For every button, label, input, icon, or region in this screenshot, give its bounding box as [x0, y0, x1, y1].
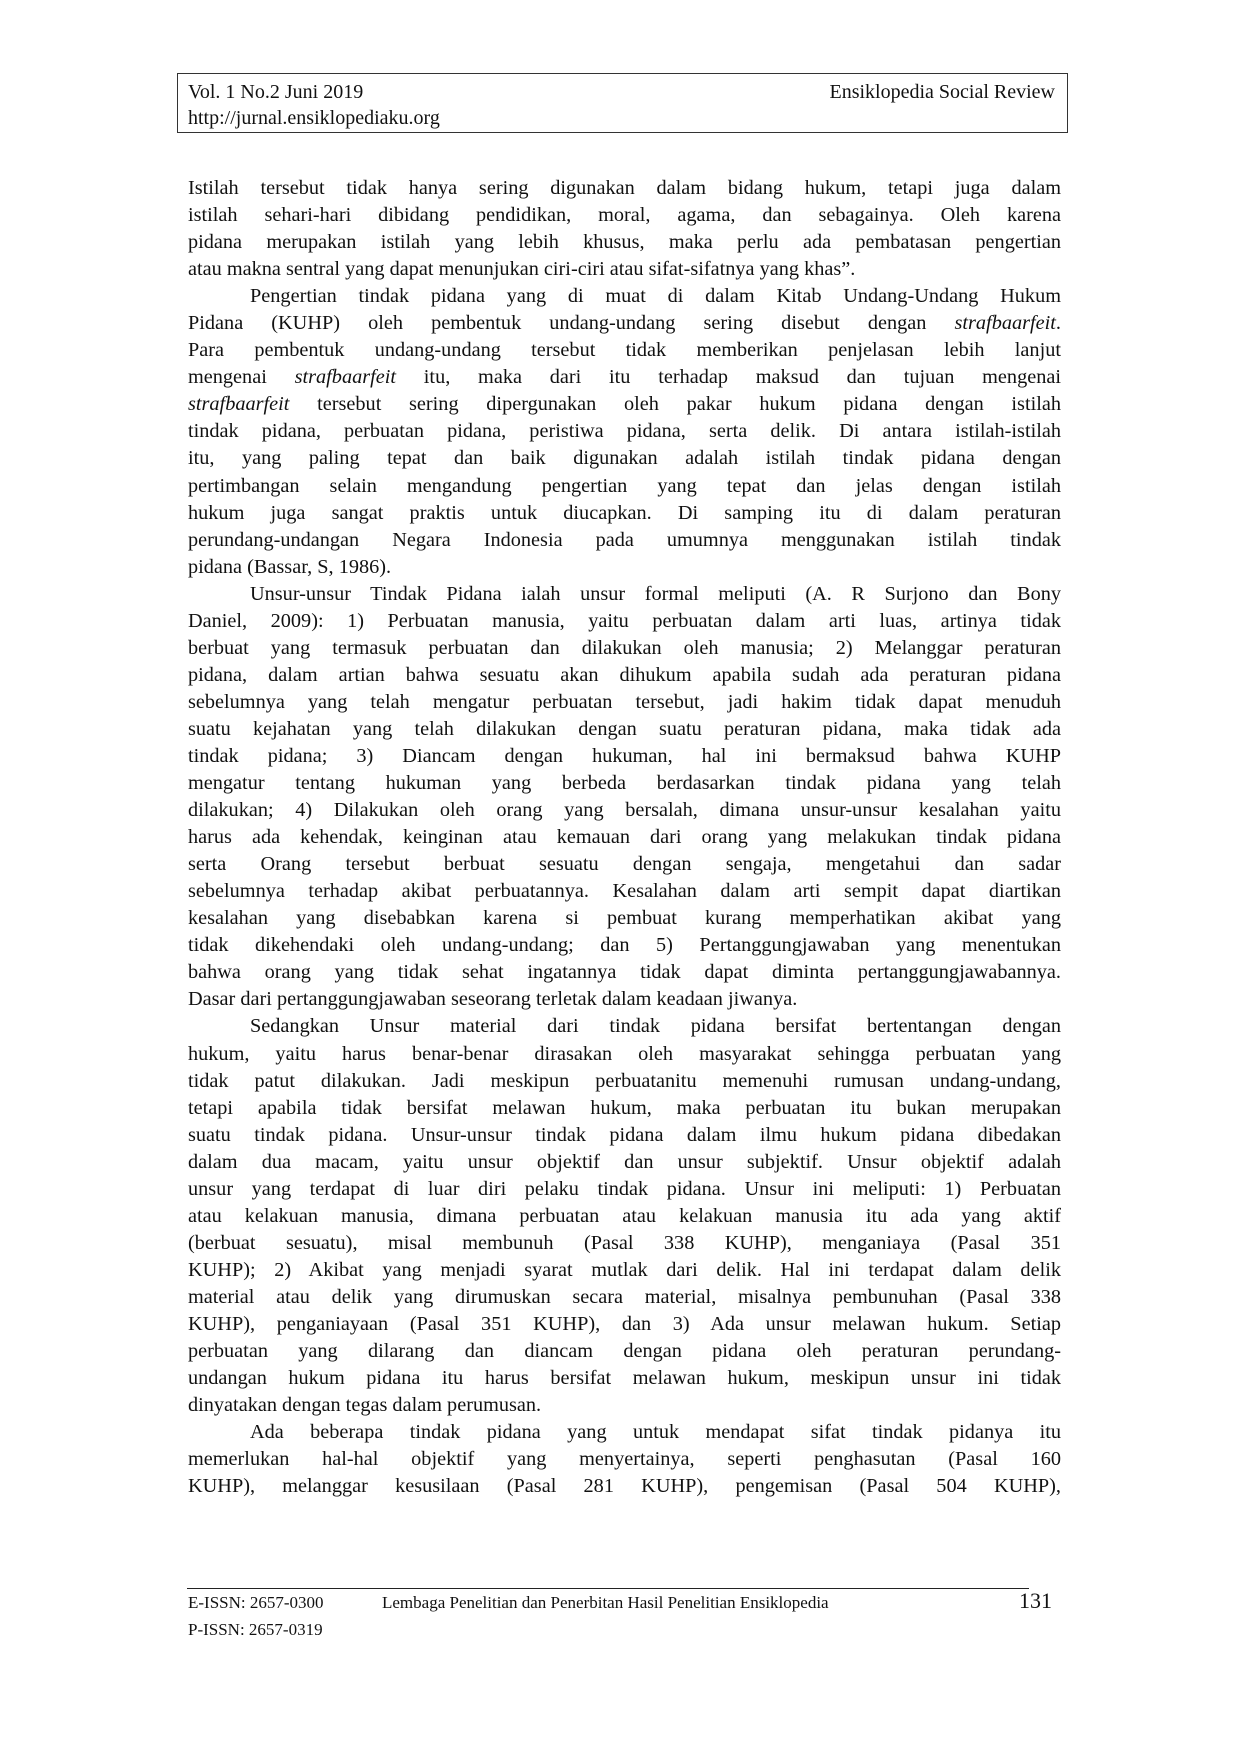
- line-text: hukum, yaitu harus benar-benar dirasakan…: [188, 1043, 1061, 1065]
- line-text: kesalahan yang disebabkan karena si pemb…: [188, 907, 1061, 929]
- text-line: dilakukan; 4) Dilakukan oleh orang yang …: [188, 797, 1061, 824]
- text-line: unsur yang terdapat di luar diri pelaku …: [188, 1176, 1061, 1203]
- line-text: KUHP); 2) Akibat yang menjadi syarat mut…: [188, 1259, 1061, 1281]
- text-line: hukum juga sangat praktis untuk diucapka…: [188, 500, 1061, 527]
- line-text: Para pembentuk undang-undang tersebut ti…: [188, 339, 1061, 361]
- line-text: perundang-undangan Negara Indonesia pada…: [188, 529, 1061, 551]
- line-text: serta Orang tersebut berbuat sesuatu den…: [188, 853, 1061, 875]
- line-text: memerlukan hal-hal objektif yang menyert…: [188, 1448, 1061, 1470]
- line-text: tindak pidana, perbuatan pidana, peristi…: [188, 420, 1061, 442]
- article-body: Istilah tersebut tidak hanya sering digu…: [188, 175, 1061, 1500]
- line-text: sebelumnya yang telah mengatur perbuatan…: [188, 691, 1061, 713]
- line-text: .: [1056, 312, 1061, 334]
- italic-term: strafbaarfeit: [955, 312, 1056, 334]
- text-line: atau makna sentral yang dapat menunjukan…: [188, 256, 1061, 283]
- text-line: memerlukan hal-hal objektif yang menyert…: [188, 1446, 1061, 1473]
- text-line: suatu tindak pidana. Unsur-unsur tindak …: [188, 1122, 1061, 1149]
- line-text: berbuat yang termasuk perbuatan dan dila…: [188, 637, 1061, 659]
- text-line: tetapi apabila tidak bersifat melawan hu…: [188, 1095, 1061, 1122]
- line-text: Ada beberapa tindak pidana yang untuk me…: [250, 1421, 1061, 1443]
- paragraph-first-line: Sedangkan Unsur material dari tindak pid…: [188, 1013, 1061, 1040]
- journal-name: Ensiklopedia Social Review: [829, 79, 1055, 106]
- line-text: suatu kejahatan yang telah dilakukan den…: [188, 718, 1061, 740]
- line-text: perbuatan yang dilarang dan diancam deng…: [188, 1340, 1061, 1362]
- text-line: KUHP), melanggar kesusilaan (Pasal 281 K…: [188, 1473, 1061, 1500]
- text-line: perbuatan yang dilarang dan diancam deng…: [188, 1338, 1061, 1365]
- text-line: tindak pidana; 3) Diancam dengan hukuman…: [188, 743, 1061, 770]
- italic-term: strafbaarfeit: [295, 366, 396, 388]
- paragraph-first-line: Unsur-unsur Tindak Pidana ialah unsur fo…: [188, 581, 1061, 608]
- running-header: Vol. 1 No.2 Juni 2019 Ensiklopedia Socia…: [177, 73, 1068, 133]
- line-text: hukum juga sangat praktis untuk diucapka…: [188, 502, 1061, 524]
- text-line: Dasar dari pertanggungjawaban seseorang …: [188, 986, 1061, 1013]
- text-line: atau kelakuan manusia, dimana perbuatan …: [188, 1203, 1061, 1230]
- line-text: sebelumnya terhadap akibat perbuatannya.…: [188, 880, 1061, 902]
- line-text: Unsur-unsur Tindak Pidana ialah unsur fo…: [250, 583, 1061, 605]
- line-text: Dasar dari pertanggungjawaban seseorang …: [188, 988, 797, 1010]
- eissn: E-ISSN: 2657-0300: [188, 1593, 324, 1613]
- line-text: Daniel, 2009): 1) Perbuatan manusia, yai…: [188, 610, 1061, 632]
- line-text: atau kelakuan manusia, dimana perbuatan …: [188, 1205, 1061, 1227]
- line-text: tidak dikehendaki oleh undang-undang; da…: [188, 934, 1061, 956]
- line-text: KUHP), melanggar kesusilaan (Pasal 281 K…: [188, 1475, 1061, 1497]
- volume-issue: Vol. 1 No.2 Juni 2019: [188, 79, 363, 106]
- text-line: dalam dua macam, yaitu unsur objektif da…: [188, 1149, 1061, 1176]
- text-line: tidak dikehendaki oleh undang-undang; da…: [188, 932, 1061, 959]
- line-text: unsur yang terdapat di luar diri pelaku …: [188, 1178, 1061, 1200]
- line-text: tidak patut dilakukan. Jadi meskipun per…: [188, 1070, 1061, 1092]
- text-line: tidak patut dilakukan. Jadi meskipun per…: [188, 1068, 1061, 1095]
- line-text: Sedangkan Unsur material dari tindak pid…: [250, 1015, 1061, 1037]
- line-text: itu, maka dari itu terhadap maksud dan t…: [396, 366, 1061, 388]
- italic-term: strafbaarfeit: [188, 393, 289, 415]
- text-line: istilah sehari-hari dibidang pendidikan,…: [188, 202, 1061, 229]
- text-line: pidana, dalam artian bahwa sesuatu akan …: [188, 662, 1061, 689]
- text-line: mengatur tentang hukuman yang berbeda be…: [188, 770, 1061, 797]
- line-text: pidana (Bassar, S, 1986).: [188, 556, 391, 578]
- line-text: atau makna sentral yang dapat menunjukan…: [188, 258, 855, 280]
- publisher-name: Lembaga Penelitian dan Penerbitan Hasil …: [382, 1593, 829, 1613]
- line-text: dilakukan; 4) Dilakukan oleh orang yang …: [188, 799, 1061, 821]
- line-text: suatu tindak pidana. Unsur-unsur tindak …: [188, 1124, 1061, 1146]
- text-line: KUHP); 2) Akibat yang menjadi syarat mut…: [188, 1257, 1061, 1284]
- text-line: sebelumnya terhadap akibat perbuatannya.…: [188, 878, 1061, 905]
- line-text: Istilah tersebut tidak hanya sering digu…: [188, 177, 1061, 199]
- line-text: pidana, dalam artian bahwa sesuatu akan …: [188, 664, 1061, 686]
- text-line: harus ada kehendak, keinginan atau kemau…: [188, 824, 1061, 851]
- line-text: dalam dua macam, yaitu unsur objektif da…: [188, 1151, 1061, 1173]
- text-line: itu, yang paling tepat dan baik digunaka…: [188, 445, 1061, 472]
- pissn: P-ISSN: 2657-0319: [188, 1620, 323, 1640]
- text-line: KUHP), penganiayaan (Pasal 351 KUHP), da…: [188, 1311, 1061, 1338]
- text-line: strafbaarfeit tersebut sering dipergunak…: [188, 391, 1061, 418]
- text-line: tindak pidana, perbuatan pidana, peristi…: [188, 418, 1061, 445]
- line-text: material atau delik yang dirumuskan seca…: [188, 1286, 1061, 1308]
- text-line: kesalahan yang disebabkan karena si pemb…: [188, 905, 1061, 932]
- line-text: tersebut sering dipergunakan oleh pakar …: [289, 393, 1061, 415]
- text-line: Pidana (KUHP) oleh pembentuk undang-unda…: [188, 310, 1061, 337]
- text-line: sebelumnya yang telah mengatur perbuatan…: [188, 689, 1061, 716]
- line-text: itu, yang paling tepat dan baik digunaka…: [188, 447, 1061, 469]
- line-text: mengenai: [188, 366, 295, 388]
- journal-url[interactable]: http://jurnal.ensiklopediaku.org: [188, 105, 440, 132]
- line-text: dinyatakan dengan tegas dalam perumusan.: [188, 1394, 541, 1416]
- text-line: serta Orang tersebut berbuat sesuatu den…: [188, 851, 1061, 878]
- text-line: berbuat yang termasuk perbuatan dan dila…: [188, 635, 1061, 662]
- line-text: KUHP), penganiayaan (Pasal 351 KUHP), da…: [188, 1313, 1061, 1335]
- line-text: mengatur tentang hukuman yang berbeda be…: [188, 772, 1061, 794]
- text-line: suatu kejahatan yang telah dilakukan den…: [188, 716, 1061, 743]
- line-text: undangan hukum pidana itu harus bersifat…: [188, 1367, 1061, 1389]
- text-line: Istilah tersebut tidak hanya sering digu…: [188, 175, 1061, 202]
- text-line: pertimbangan selain mengandung pengertia…: [188, 473, 1061, 500]
- line-text: harus ada kehendak, keinginan atau kemau…: [188, 826, 1061, 848]
- page-number: 131: [1019, 1588, 1052, 1614]
- text-line: mengenai strafbaarfeit itu, maka dari it…: [188, 364, 1061, 391]
- text-line: Daniel, 2009): 1) Perbuatan manusia, yai…: [188, 608, 1061, 635]
- line-text: Pengertian tindak pidana yang di muat di…: [250, 285, 1061, 307]
- line-text: pertimbangan selain mengandung pengertia…: [188, 475, 1061, 497]
- line-text: Pidana (KUHP) oleh pembentuk undang-unda…: [188, 312, 955, 334]
- line-text: bahwa orang yang tidak sehat ingatannya …: [188, 961, 1061, 983]
- text-line: undangan hukum pidana itu harus bersifat…: [188, 1365, 1061, 1392]
- paragraph-first-line: Pengertian tindak pidana yang di muat di…: [188, 283, 1061, 310]
- text-line: dinyatakan dengan tegas dalam perumusan.: [188, 1392, 1061, 1419]
- text-line: pidana (Bassar, S, 1986).: [188, 554, 1061, 581]
- line-text: tetapi apabila tidak bersifat melawan hu…: [188, 1097, 1061, 1119]
- text-line: pidana merupakan istilah yang lebih khus…: [188, 229, 1061, 256]
- text-line: bahwa orang yang tidak sehat ingatannya …: [188, 959, 1061, 986]
- text-line: hukum, yaitu harus benar-benar dirasakan…: [188, 1041, 1061, 1068]
- line-text: tindak pidana; 3) Diancam dengan hukuman…: [188, 745, 1061, 767]
- line-text: pidana merupakan istilah yang lebih khus…: [188, 231, 1061, 253]
- text-line: Para pembentuk undang-undang tersebut ti…: [188, 337, 1061, 364]
- line-text: istilah sehari-hari dibidang pendidikan,…: [188, 204, 1061, 226]
- paragraph-first-line: Ada beberapa tindak pidana yang untuk me…: [188, 1419, 1061, 1446]
- text-line: material atau delik yang dirumuskan seca…: [188, 1284, 1061, 1311]
- text-line: perundang-undangan Negara Indonesia pada…: [188, 527, 1061, 554]
- text-line: (berbuat sesuatu), misal membunuh (Pasal…: [188, 1230, 1061, 1257]
- line-text: (berbuat sesuatu), misal membunuh (Pasal…: [188, 1232, 1061, 1254]
- footer-divider: [187, 1588, 1029, 1589]
